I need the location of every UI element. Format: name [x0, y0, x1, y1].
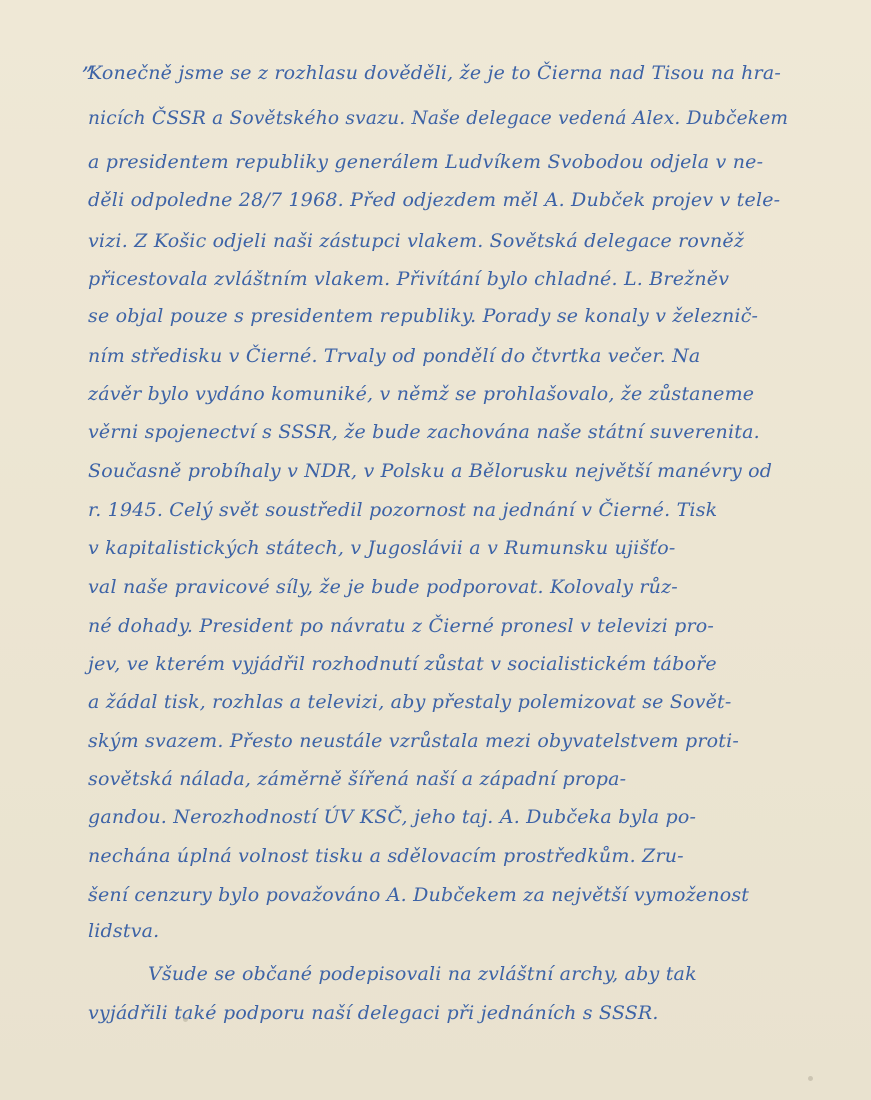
text-line-11: Současně probíhaly v NDR, v Polsku a Běl…: [88, 460, 772, 482]
text-line-6: přicestovala zvláštním vlakem. Přivítání…: [88, 268, 729, 290]
text-line-8: ním středisku v Čierné. Trvaly od ponděl…: [88, 345, 700, 367]
paper-blemish: [808, 1076, 813, 1081]
text-line-18: ským svazem. Přesto neustále vzrůstala m…: [88, 730, 739, 752]
text-line-2: nicích ČSSR a Sovětského svazu. Naše del…: [88, 107, 788, 129]
text-line-13: v kapitalistických státech, v Jugoslávii…: [88, 537, 675, 559]
text-line-25: vyjádřili také podporu naší delegaci při…: [88, 1002, 659, 1024]
text-line-9: závěr bylo vydáno komuniké, v němž se pr…: [88, 383, 754, 405]
text-line-3: a presidentem republiky generálem Ludvík…: [88, 151, 763, 173]
text-line-4: děli odpoledne 28/7 1968. Před odjezdem …: [88, 189, 780, 211]
text-line-24-paragraph-start: Všude se občané podepisovali na zvláštní…: [148, 963, 697, 985]
text-line-5: vizi. Z Košic odjeli naši zástupci vlake…: [88, 230, 744, 252]
text-line-16: jev, ve kterém vyjádřil rozhodnutí zůsta…: [88, 653, 717, 675]
text-line-19: sovětská nálada, záměrně šířená naší a z…: [88, 768, 626, 790]
document-page: „ Konečně jsme se z rozhlasu dověděli, ž…: [0, 0, 871, 1100]
text-line-23: lidstva.: [88, 920, 159, 942]
text-line-21: nechána úplná volnost tisku a sdělovacím…: [88, 845, 684, 867]
text-line-17: a žádal tisk, rozhlas a televizi, aby př…: [88, 691, 732, 713]
text-line-12: r. 1945. Celý svět soustředil pozornost …: [88, 499, 717, 521]
paper-blemish: [183, 1017, 188, 1022]
text-line-20: gandou. Nerozhodností ÚV KSČ, jeho taj. …: [88, 806, 696, 828]
text-line-22: šení cenzury bylo považováno A. Dubčekem…: [88, 884, 749, 906]
text-line-1: Konečně jsme se z rozhlasu dověděli, že …: [88, 62, 781, 84]
text-line-14: val naše pravicové síly, že je bude podp…: [88, 576, 678, 598]
text-line-7: se objal pouze s presidentem republiky. …: [88, 305, 758, 327]
text-line-10: věrni spojenectví s SSSR, že bude zachov…: [88, 421, 760, 443]
text-line-15: né dohady. President po návratu z Čierné…: [88, 615, 714, 637]
